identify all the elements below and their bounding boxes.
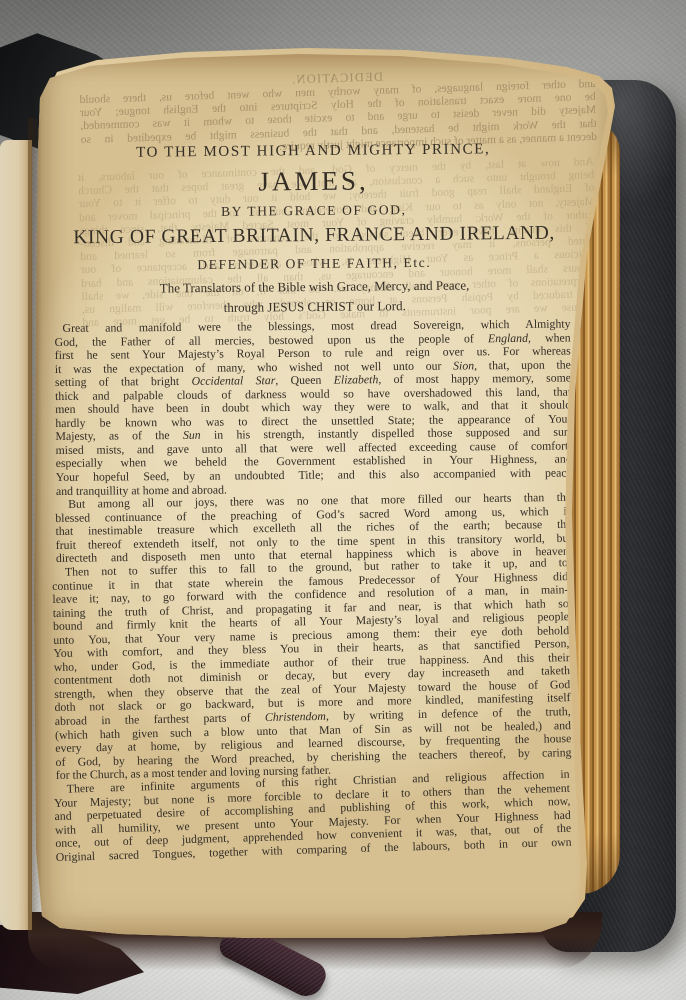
dedication-paragraph: But among all our joys, there was no one… — [55, 491, 572, 566]
heading-line-defender: DEFENDER OF THE FAITH, Etc. — [56, 252, 572, 276]
photo-of-open-book: DEDICATION. and other foreign languages,… — [0, 0, 686, 1000]
dedication-heading: TO THE MOST HIGH AND MIGHTY PRINCE, JAME… — [55, 140, 573, 319]
heading-line-james: JAMES, — [55, 163, 571, 201]
heading-line-translators: The Translators of the Bible wish Grace,… — [56, 276, 572, 299]
gutter-shadow — [28, 118, 42, 932]
heading-line-address: TO THE MOST HIGH AND MIGHTY PRINCE, — [55, 140, 571, 164]
heading-line-king: KING OF GREAT BRITAIN, FRANCE AND IRELAN… — [56, 221, 572, 252]
dedication-paragraph: Then not to suffer this to fall to the g… — [52, 556, 572, 783]
dedication-body: Great and manifold were the blessings, m… — [56, 322, 572, 864]
dedication-paragraph: There are infinite arguments of this rig… — [54, 767, 572, 864]
heading-line-grace: BY THE GRACE OF GOD, — [56, 199, 572, 223]
book-page: DEDICATION. and other foreign languages,… — [30, 50, 622, 944]
page-content: DEDICATION. and other foreign languages,… — [56, 50, 572, 864]
dedication-paragraph: Great and manifold were the blessings, m… — [54, 318, 572, 499]
